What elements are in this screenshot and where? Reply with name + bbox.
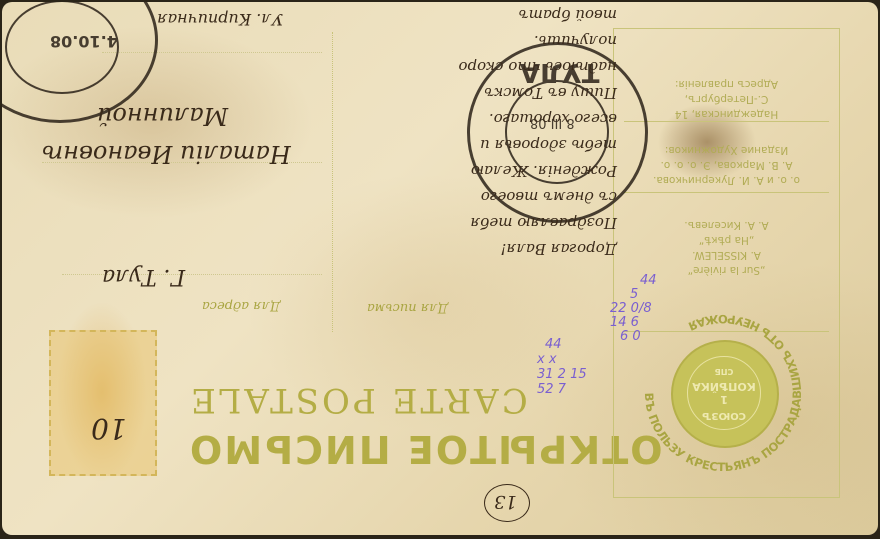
- postcard-back: 10 CARTE POSTALE ОТКРЫТОЕ ПИСЬМО Для адр…: [2, 2, 878, 535]
- pencil-notes-center: 44 x x 31 2 15 52 7: [537, 337, 587, 397]
- charity-seal: СОЮЗЪ 1 КОПѢЙКА СПБ: [671, 340, 779, 448]
- stamp-note: 10: [91, 412, 127, 445]
- label-message: Для письма: [367, 300, 448, 315]
- title-fr: CARTE POSTALE: [188, 380, 528, 420]
- stamp-box: 10: [49, 330, 157, 476]
- artwork-caption: „Sur la rivière“ A. KISSELEW. „На рѣкѣ“ …: [614, 197, 839, 277]
- address-line: [62, 274, 322, 275]
- title-ru: ОТКРЫТОЕ ПИСЬМО: [188, 427, 663, 471]
- hw-address-1: Ул. Кирпичная: [157, 10, 283, 29]
- label-address: Для адреса: [202, 298, 281, 313]
- publisher-address: Надеждинская, 14 С.-Петербургъ, Адресъ п…: [614, 29, 839, 121]
- pencil-notes-right: 44 5 22 0/8 14 6 6 0: [610, 274, 657, 344]
- hw-city: Г. Тула: [102, 264, 185, 289]
- circled-number: 13: [484, 484, 530, 522]
- hw-message: Дорогая Валя! Поздравляю тебя съ днемъ т…: [337, 2, 617, 262]
- hw-address-3: Наталіи Ивановнѣ: [42, 140, 291, 168]
- hw-address-2: Малинной: [97, 102, 228, 130]
- center-divider: [332, 32, 333, 332]
